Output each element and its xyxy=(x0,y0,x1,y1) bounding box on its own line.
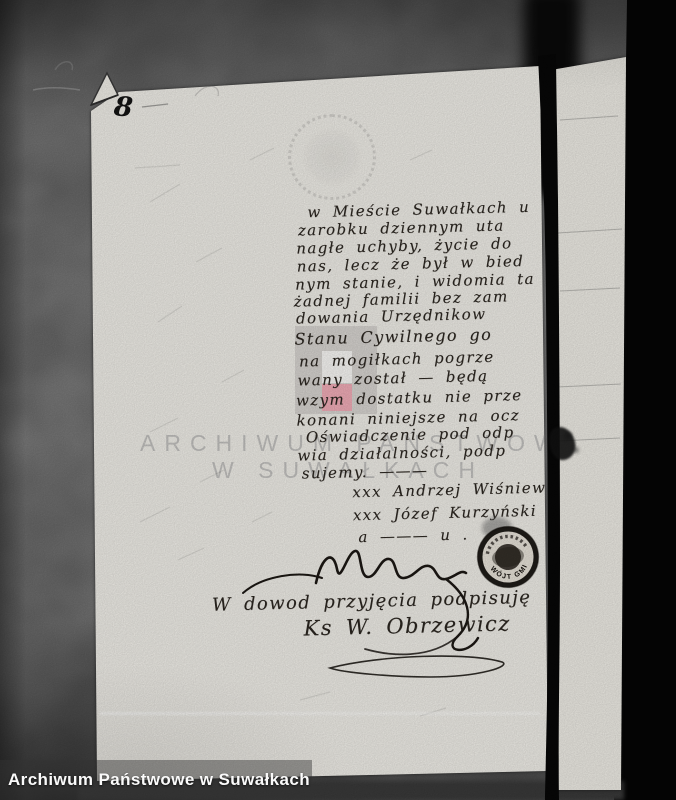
archive-caption: Archiwum Państwowe w Suwałkach xyxy=(8,770,310,790)
archival-scan-viewer: ARCHIWUM PAŃSTWOWE W SUWAŁKACH w Mieście… xyxy=(0,0,676,800)
book-gutter xyxy=(0,0,676,800)
